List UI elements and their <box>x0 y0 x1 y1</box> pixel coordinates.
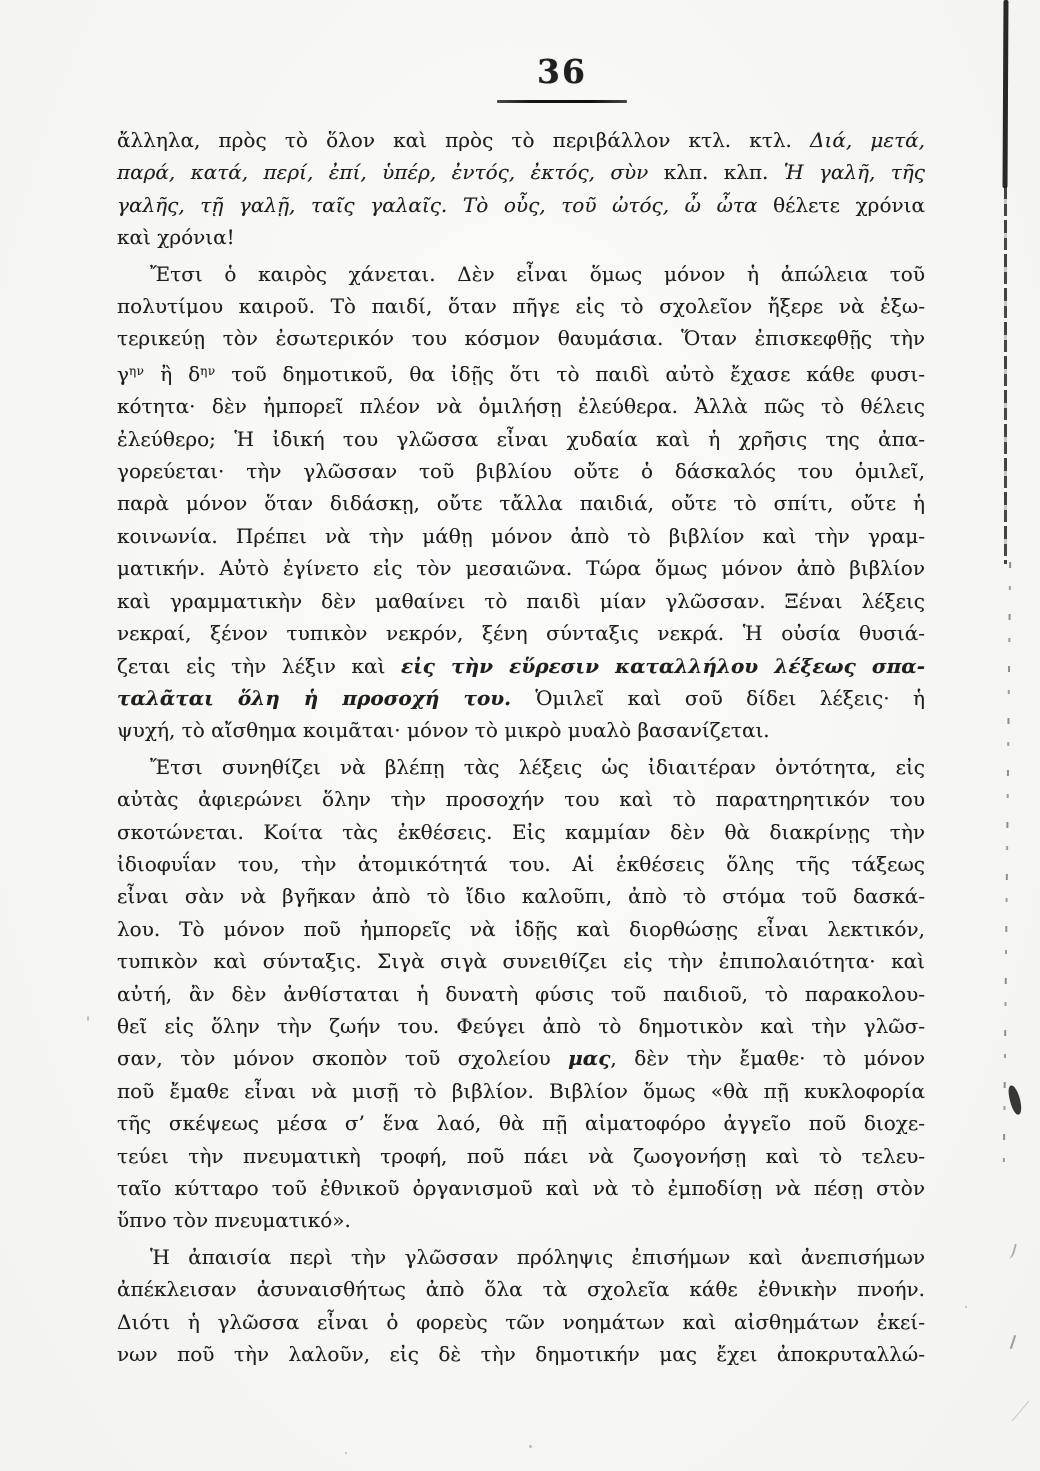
body-text: ἀπέκλεισαν ἀσυναισθήτως ἀπὸ ὅλα τὰ σχολε… <box>117 1277 925 1301</box>
body-text: ποῦ ἔμαθε εἶναι νὰ μισῇ τὸ βιβλίον. Βιβλ… <box>117 1079 925 1103</box>
text-line: ποῦ ἔμαθε εἶναι νὰ μισῇ τὸ βιβλίον. Βιβλ… <box>117 1075 925 1107</box>
body-text: τυπικὸν καὶ σύνταξις. Σιγὰ σιγὰ συνειθίζ… <box>117 949 925 973</box>
text-line: γορεύεται· τὴν γλῶσσαν τοῦ βιβλίου οὔτε … <box>117 455 925 487</box>
emphasized-text: Διά, μετά, <box>810 128 925 152</box>
body-text: σκοτώνεται. Κοίτα τὰς ἐκθέσεις. Εἰς καμμ… <box>117 820 925 844</box>
text-line: ἰδιοφυΐαν του, τὴν ἀτομικότητά του. Αἱ ἐ… <box>117 848 925 880</box>
scan-edge-line-low <box>1003 562 1011 1162</box>
scan-edge-line-top <box>1003 0 1009 188</box>
text-line: σαν, τὸν μόνον σκοπὸν τοῦ σχολείου μας, … <box>117 1042 925 1074</box>
body-text: Διότι ἡ γλῶσσα εἶναι ὁ φορεὺς τῶν νοημάτ… <box>117 1310 925 1334</box>
body-text: καὶ γραμματικὴν δὲν μαθαίνει τὸ παιδὶ μί… <box>117 589 925 613</box>
body-text: κλπ. κλπ. <box>664 160 784 184</box>
body-text: ὕπνο τὸν πνευματικό». <box>117 1208 351 1232</box>
text-line: τεύει τὴν πνευματικὴ τροφή, ποῦ πάει νὰ … <box>117 1140 925 1172</box>
header-rule <box>497 100 627 103</box>
scan-smudge <box>1007 1084 1024 1116</box>
text-line: αὐτὰς ἀφιερώνει ὅλην τὴν προσοχήν του κα… <box>117 783 925 815</box>
text-line: τῆς σκέψεως μέσα σ’ ἕνα λαό, θὰ πῇ αἱματ… <box>117 1107 925 1139</box>
text-line: θεῖ εἰς ὅλην τὴν ζωήν του. Φεύγει ἀπὸ τὸ… <box>117 1010 925 1042</box>
text-line: παρὰ μόνον ὅταν διδάσκῃ, οὔτε τἄλλα παιδ… <box>117 487 925 519</box>
body-text: ἐλεύθερο; Ἡ ἰδική του γλῶσσα εἶναι χυδαί… <box>117 427 925 451</box>
text-line: ἐλεύθερο; Ἡ ἰδική του γλῶσσα εἶναι χυδαί… <box>117 423 925 455</box>
body-text: πολυτίμου καιροῦ. Τὸ παιδί, ὅταν πῆγε εἰ… <box>117 294 925 318</box>
text-line: ταλᾶται ὅλη ἡ προσοχή του. Ὁμιλεῖ καὶ σο… <box>117 682 925 714</box>
text-line: νων ποῦ τὴν λαλοῦν, εἰς δὲ τὴν δημοτικήν… <box>117 1338 925 1370</box>
body-text: θέλετε χρόνια <box>773 193 925 217</box>
scan-tick <box>1012 1401 1029 1422</box>
body-text: λου. Τὸ μόνον ποῦ ἠμπορεῖς νὰ ἰδῇς καὶ δ… <box>117 917 925 941</box>
text-line: ὕπνο τὸν πνευματικό». <box>117 1204 925 1236</box>
body-text: ταῖο κύτταρο τοῦ ἐθνικοῦ ὀργανισμοῦ καὶ … <box>117 1176 925 1200</box>
body-text: γ <box>117 362 129 386</box>
scan-speck <box>741 173 744 176</box>
body-text: Ἡ ἀπαισία περὶ τὴν γλῶσσαν πρόληψις ἐπισ… <box>150 1245 925 1269</box>
text-line: ἄλληλα, πρὸς τὸ ὅλον καὶ πρὸς τὸ περιβάλ… <box>117 124 925 156</box>
text-line: Διότι ἡ γλῶσσα εἶναι ὁ φορεὺς τῶν νοημάτ… <box>117 1306 925 1338</box>
text-line: ταῖο κύτταρο τοῦ ἐθνικοῦ ὀργανισμοῦ καὶ … <box>117 1172 925 1204</box>
scan-speck <box>529 1445 532 1448</box>
text-line: κοινωνία. Πρέπει νὰ τὴν μάθῃ μόνον ἀπὸ τ… <box>117 520 925 552</box>
body-text: θεῖ εἰς ὅλην τὴν ζωήν του. Φεύγει ἀπὸ τὸ… <box>117 1014 925 1038</box>
page: 36 ἄλληλα, πρὸς τὸ ὅλον καὶ πρὸς τὸ περι… <box>0 0 1040 1471</box>
emphasized-text: εἰς τὴν εὕρεσιν καταλλήλου λέξεως σπα- <box>401 654 925 678</box>
text-line: Ἡ ἀπαισία περὶ τὴν γλῶσσαν πρόληψις ἐπισ… <box>117 1241 925 1273</box>
body-text: Ἔτσι συνηθίζει νὰ βλέπῃ τὰς λέξεις ὡς ἰδ… <box>150 755 925 779</box>
text-line: ψυχή, τὸ αἴσθημα κοιμᾶται· μόνον τὸ μικρ… <box>117 714 925 746</box>
text-line: παρά, κατά, περί, ἐπί, ὑπέρ, ἐντός, ἐκτό… <box>117 156 925 188</box>
body-text: τοῦ δημοτικοῦ, θα ἰδῇς ὅτι τὸ παιδὶ αὐτὸ… <box>216 362 925 386</box>
text-line: νεκραί, ξένον τυπικὸν νεκρόν, ξένη σύντα… <box>117 617 925 649</box>
scan-speck <box>345 1452 347 1454</box>
text-line: γην ἢ δην τοῦ δημοτικοῦ, θα ἰδῇς ὅτι τὸ … <box>117 355 925 390</box>
page-number: 36 <box>497 52 627 91</box>
emphasized-text: γαλῆς, τῇ γαλῇ, ταῖς γαλαῖς. Τὸ οὖς, τοῦ… <box>117 193 773 217</box>
body-text: ἰδιοφυΐαν του, τὴν ἀτομικότητά του. Αἱ ἐ… <box>117 852 925 876</box>
text-line: γαλῆς, τῇ γαλῇ, ταῖς γαλαῖς. Τὸ οὖς, τοῦ… <box>117 189 925 221</box>
scan-edge-line-mid <box>1004 186 1007 564</box>
text-line: Ἔτσι ὁ καιρὸς χάνεται. Δὲν εἶναι ὅμως μό… <box>117 258 925 290</box>
body-text: ἢ δ <box>144 362 200 386</box>
paragraph: Ἔτσι συνηθίζει νὰ βλέπῃ τὰς λέξεις ὡς ἰδ… <box>117 751 925 1237</box>
scan-speck <box>87 1016 89 1021</box>
body-text: ψυχή, τὸ αἴσθημα κοιμᾶται· μόνον τὸ μικρ… <box>117 718 770 742</box>
body-text: νων ποῦ τὴν λαλοῦν, εἰς δὲ τὴν δημοτικήν… <box>117 1342 925 1366</box>
text-line: τερικεύῃ τὸν ἐσωτερικόν του κόσμον θαυμά… <box>117 322 925 354</box>
body-text: νεκραί, ξένον τυπικὸν νεκρόν, ξένη σύντα… <box>117 621 925 645</box>
text-line: λου. Τὸ μόνον ποῦ ἠμπορεῖς νὰ ἰδῇς καὶ δ… <box>117 913 925 945</box>
text-line: ματικήν. Αὐτὸ ἐγίνετο εἰς τὸν μεσαιῶνα. … <box>117 552 925 584</box>
body-text: γορεύεται· τὴν γλῶσσαν τοῦ βιβλίου οὔτε … <box>117 459 925 483</box>
superscript-text: ην <box>200 364 215 378</box>
body-text: αὐτὰς ἀφιερώνει ὅλην τὴν προσοχήν του κα… <box>117 787 925 811</box>
body-text: , δὲν τὴν ἔμαθε· τὸ μόνον <box>610 1046 925 1070</box>
body-text: κότητα· δὲν ἠμπορεῖ πλέον νὰ ὁμιλήσῃ ἐλε… <box>117 394 925 418</box>
text-line: κότητα· δὲν ἠμπορεῖ πλέον νὰ ὁμιλήσῃ ἐλε… <box>117 390 925 422</box>
emphasized-text: μας <box>568 1046 610 1070</box>
body-text: κοινωνία. Πρέπει νὰ τὴν μάθῃ μόνον ἀπὸ τ… <box>117 524 925 548</box>
body-text: Ὁμιλεῖ καὶ σοῦ δίδει λέξεις· ἡ <box>535 686 925 710</box>
body-text: τῆς σκέψεως μέσα σ’ ἕνα λαό, θὰ πῇ αἱματ… <box>117 1111 925 1135</box>
paragraph: Ἔτσι ὁ καιρὸς χάνεται. Δὲν εἶναι ὅμως μό… <box>117 258 925 747</box>
paragraph: ἄλληλα, πρὸς τὸ ὅλον καὶ πρὸς τὸ περιβάλ… <box>117 124 925 254</box>
text-line: τυπικὸν καὶ σύνταξις. Σιγὰ σιγὰ συνειθίζ… <box>117 945 925 977</box>
superscript-text: ην <box>129 364 144 378</box>
text-line: Ἔτσι συνηθίζει νὰ βλέπῃ τὰς λέξεις ὡς ἰδ… <box>117 751 925 783</box>
body-text: παρὰ μόνον ὅταν διδάσκῃ, οὔτε τἄλλα παιδ… <box>117 491 925 515</box>
body-text: Ἔτσι ὁ καιρὸς χάνεται. Δὲν εἶναι ὅμως μό… <box>150 262 925 286</box>
emphasized-text: Ἡ γαλῆ, τῆς <box>784 160 925 184</box>
body-text: τεύει τὴν πνευματικὴ τροφή, ποῦ πάει νὰ … <box>117 1144 925 1168</box>
body-text: σαν, τὸν μόνον σκοπὸν τοῦ σχολείου <box>117 1046 568 1070</box>
body-text: ματικήν. Αὐτὸ ἐγίνετο εἰς τὸν μεσαιῶνα. … <box>117 556 925 580</box>
text-block: ἄλληλα, πρὸς τὸ ὅλον καὶ πρὸς τὸ περιβάλ… <box>117 124 925 1370</box>
text-line: αὐτή, ἂν δὲν ἀνθίσταται ἡ δυνατὴ φύσις τ… <box>117 978 925 1010</box>
text-line: καὶ γραμματικὴν δὲν μαθαίνει τὸ παιδὶ μί… <box>117 585 925 617</box>
scan-speck <box>965 1306 967 1308</box>
paragraph: Ἡ ἀπαισία περὶ τὴν γλῶσσαν πρόληψις ἐπισ… <box>117 1241 925 1371</box>
scan-tick <box>1005 1242 1017 1259</box>
body-text: ἄλληλα, πρὸς τὸ ὅλον καὶ πρὸς τὸ περιβάλ… <box>117 128 810 152</box>
emphasized-text: παρά, κατά, περί, ἐπί, ὑπέρ, ἐντός, ἐκτό… <box>117 160 664 184</box>
scan-tick <box>1010 1335 1016 1349</box>
body-text: τερικεύῃ τὸν ἐσωτερικόν του κόσμον θαυμά… <box>117 326 925 350</box>
text-line: ἀπέκλεισαν ἀσυναισθήτως ἀπὸ ὅλα τὰ σχολε… <box>117 1273 925 1305</box>
text-line: ζεται εἰς τὴν λέξιν καὶ εἰς τὴν εὕρεσιν … <box>117 650 925 682</box>
text-line: πολυτίμου καιροῦ. Τὸ παιδί, ὅταν πῆγε εἰ… <box>117 290 925 322</box>
emphasized-text: ταλᾶται ὅλη ἡ προσοχή του. <box>117 686 535 710</box>
text-line: σκοτώνεται. Κοίτα τὰς ἐκθέσεις. Εἰς καμμ… <box>117 816 925 848</box>
body-text: αὐτή, ἂν δὲν ἀνθίσταται ἡ δυνατὴ φύσις τ… <box>117 982 925 1006</box>
body-text: καὶ χρόνια! <box>117 225 235 249</box>
body-text: ζεται εἰς τὴν λέξιν καὶ <box>117 654 401 678</box>
body-text: εἶναι σὰν νὰ βγῆκαν ἀπὸ τὸ ἴδιο καλοῦπι,… <box>117 884 925 908</box>
text-line: καὶ χρόνια! <box>117 221 925 253</box>
text-line: εἶναι σὰν νὰ βγῆκαν ἀπὸ τὸ ἴδιο καλοῦπι,… <box>117 880 925 912</box>
